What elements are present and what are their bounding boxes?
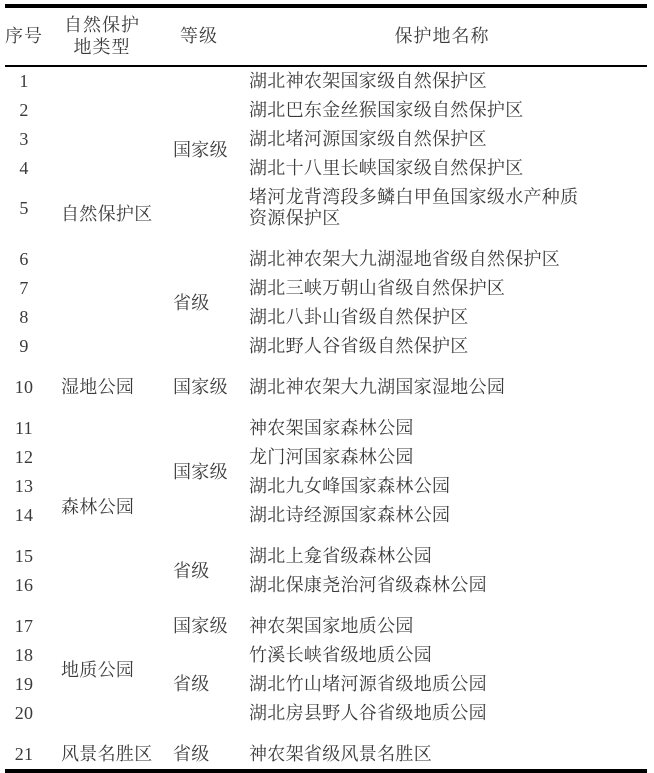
row-number-cell: 5	[5, 183, 43, 233]
name-cell: 湖北神农架大九湖国家湿地公园	[237, 361, 647, 402]
row-number-cell: 3	[5, 125, 43, 154]
name-cell: 湖北巴东金丝猴国家级自然保护区	[237, 96, 647, 125]
name-cell: 湖北十八里长峡国家级自然保护区	[237, 154, 647, 183]
type-cell: 地质公园	[43, 600, 161, 728]
table-header: 序号 自然保护 地类型 等级 保护地名称	[5, 6, 647, 66]
header-type: 自然保护 地类型	[43, 6, 161, 66]
table-row: 10 湿地公园 国家级 湖北神农架大九湖国家湿地公园	[5, 361, 647, 402]
row-number-cell: 19	[5, 670, 43, 699]
type-cell: 森林公园	[43, 402, 161, 600]
row-number-cell: 7	[5, 274, 43, 303]
row-number-cell: 16	[5, 571, 43, 600]
row-number-cell: 21	[5, 728, 43, 771]
name-cell: 湖北房县野人谷省级地质公园	[237, 699, 647, 728]
table-row: 21 风景名胜区 省级 神农架省级风景名胜区	[5, 728, 647, 771]
row-number-cell: 6	[5, 233, 43, 274]
row-number-cell: 17	[5, 600, 43, 641]
name-cell: 神农架国家地质公园	[237, 600, 647, 641]
name-cell: 湖北保康尧治河省级森林公园	[237, 571, 647, 600]
row-number-cell: 12	[5, 443, 43, 472]
name-cell: 神农架省级风景名胜区	[237, 728, 647, 771]
name-cell: 湖北三峡万朝山省级自然保护区	[237, 274, 647, 303]
row-number-cell: 20	[5, 699, 43, 728]
table-row: 17 地质公园 国家级 神农架国家地质公园	[5, 600, 647, 641]
row-number-cell: 18	[5, 641, 43, 670]
name-cell: 神农架国家森林公园	[237, 402, 647, 443]
row-number-cell: 15	[5, 530, 43, 571]
type-cell: 风景名胜区	[43, 728, 161, 771]
level-cell: 国家级	[161, 361, 237, 402]
header-type-line2: 地类型	[43, 36, 161, 58]
name-cell: 竹溪长峡省级地质公园	[237, 641, 647, 670]
row-number-cell: 10	[5, 361, 43, 402]
header-row: 序号 自然保护 地类型 等级 保护地名称	[5, 6, 647, 66]
level-cell: 国家级	[161, 600, 237, 641]
table-body: 1 自然保护区 国家级 湖北神农架国家级自然保护区 2 湖北巴东金丝猴国家级自然…	[5, 66, 647, 771]
name-cell: 湖北九女峰国家森林公园	[237, 472, 647, 501]
row-number-cell: 13	[5, 472, 43, 501]
name-cell: 湖北神农架大九湖湿地省级自然保护区	[237, 233, 647, 274]
row-number-cell: 1	[5, 66, 43, 96]
level-cell: 省级	[161, 530, 237, 600]
row-number-cell: 9	[5, 332, 43, 361]
type-cell: 自然保护区	[43, 66, 161, 361]
name-cell: 堵河龙背湾段多鳞白甲鱼国家级水产种质资源保护区	[237, 183, 647, 233]
row-number-cell: 11	[5, 402, 43, 443]
name-cell: 湖北八卦山省级自然保护区	[237, 303, 647, 332]
header-level: 等级	[161, 6, 237, 66]
level-cell: 省级	[161, 641, 237, 728]
name-cell: 湖北堵河源国家级自然保护区	[237, 125, 647, 154]
table-row: 11 森林公园 国家级 神农架国家森林公园	[5, 402, 647, 443]
name-cell: 湖北野人谷省级自然保护区	[237, 332, 647, 361]
name-cell: 湖北上龛省级森林公园	[237, 530, 647, 571]
level-cell: 省级	[161, 728, 237, 771]
row-number-cell: 4	[5, 154, 43, 183]
row-number-cell: 14	[5, 501, 43, 530]
header-no: 序号	[5, 6, 43, 66]
name-cell: 湖北竹山堵河源省级地质公园	[237, 670, 647, 699]
header-name: 保护地名称	[237, 6, 647, 66]
row-number-cell: 8	[5, 303, 43, 332]
level-cell: 国家级	[161, 402, 237, 530]
row-number-cell: 2	[5, 96, 43, 125]
name-cell: 龙门河国家森林公园	[237, 443, 647, 472]
header-type-line1: 自然保护	[43, 14, 161, 36]
name-cell: 湖北诗经源国家森林公园	[237, 501, 647, 530]
type-cell: 湿地公园	[43, 361, 161, 402]
level-cell: 省级	[161, 233, 237, 361]
table-container: 序号 自然保护 地类型 等级 保护地名称 1 自然保护区 国家级 湖北神农架国家…	[0, 0, 654, 773]
table-row: 1 自然保护区 国家级 湖北神农架国家级自然保护区	[5, 66, 647, 96]
protected-areas-table: 序号 自然保护 地类型 等级 保护地名称 1 自然保护区 国家级 湖北神农架国家…	[5, 4, 647, 773]
level-cell: 国家级	[161, 66, 237, 233]
name-cell: 湖北神农架国家级自然保护区	[237, 66, 647, 96]
